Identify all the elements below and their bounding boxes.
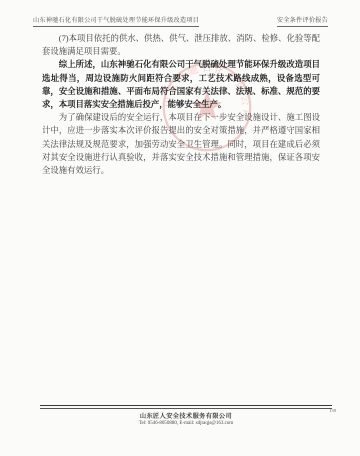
header-report-type: 安全条件评价报告 <box>277 15 328 27</box>
header-project-title: 山东神驰石化有限公司干气脱硫处理节能环保升级改造项目 <box>33 15 199 27</box>
footer-contact-line: Tel: 0546-8050880, E-mail: sdjraqjs@163.… <box>40 421 332 426</box>
page-number: 139 <box>329 408 336 413</box>
footer-company-name: 山东匠人安全技术服务有限公司 <box>40 411 332 420</box>
footer-rule <box>40 405 332 409</box>
paragraph: (7)本项目依托的供水、供热、供气、泄压排放、消防、检修、化验等配套设施满足项目… <box>42 32 320 58</box>
paragraph: 为了确保建设后的安全运行，本项目在下一步安全设施设计、施工图设计中，应进一步落实… <box>42 111 320 177</box>
page-header: 山东神驰石化有限公司干气脱硫处理节能环保升级改造项目 安全条件评价报告 <box>33 15 328 27</box>
report-page: 山东神驰石化有限公司干气脱硫处理节能环保升级改造项目 安全条件评价报告 山东神驰… <box>0 0 360 456</box>
body-paragraphs: (7)本项目依托的供水、供热、供气、泄压排放、消防、检修、化验等配套设施满足项目… <box>42 32 320 177</box>
page-footer: 山东匠人安全技术服务有限公司 Tel: 0546-8050880, E-mail… <box>40 405 332 426</box>
paragraph: 综上所述，山东神驰石化有限公司干气脱硫处理节能环保升级改造项目选址得当，周边设施… <box>42 58 320 111</box>
